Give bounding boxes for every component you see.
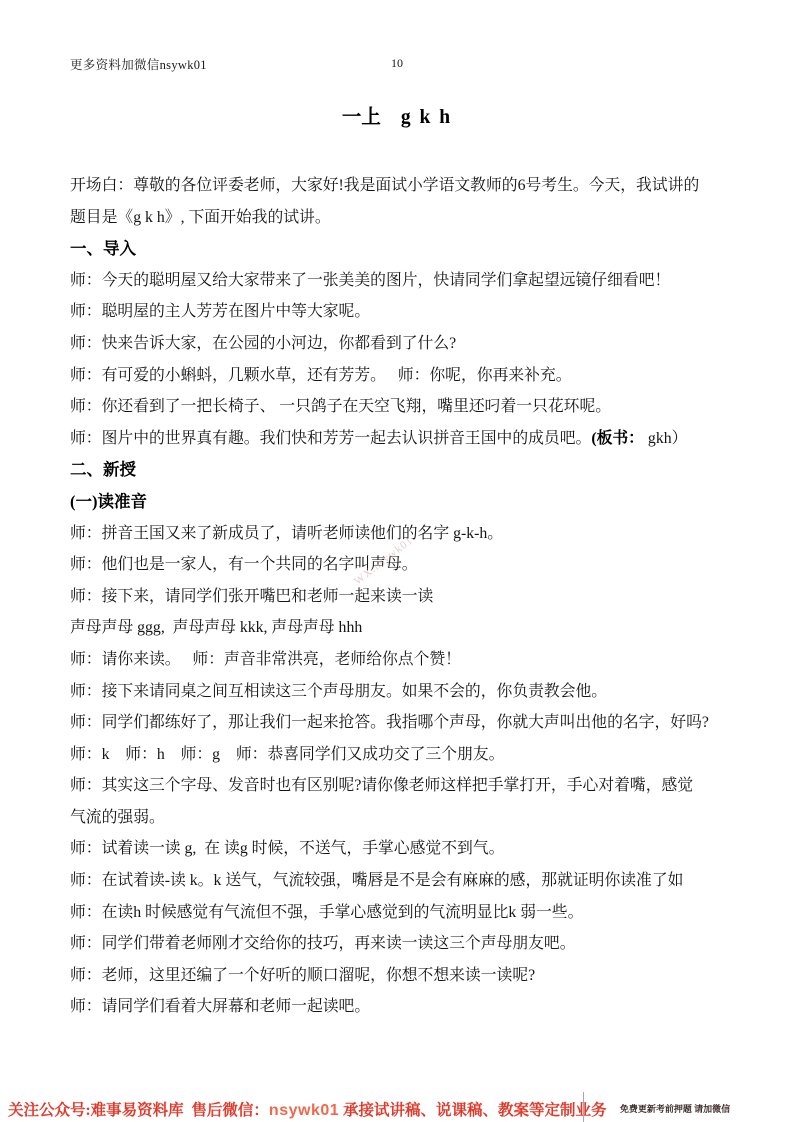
script-line: 师：其实这三个字母、发音时也有区别呢?请你像老师这样把手掌打开，手心对着嘴，感觉 bbox=[70, 770, 724, 802]
document-title: 一上g k h bbox=[0, 101, 794, 129]
section-heading-intro: 一、导入 bbox=[70, 233, 724, 265]
footer-promo-text: 关注公众号:难事易资料库 售后微信：nsywk01 承接试讲稿、说课稿、教案等定… bbox=[8, 1098, 607, 1120]
footer-wechat-id: nsywk01 bbox=[269, 1102, 339, 1119]
script-line: 师：聪明屋的主人芳芳在图片中等大家呢。 bbox=[70, 296, 724, 328]
section-heading-new-lesson: 二、新授 bbox=[70, 454, 724, 486]
script-line: 师：接下来，请同学们张开嘴巴和老师一起来读一读 bbox=[70, 581, 724, 613]
footer-promo-part1: 关注公众号:难事易资料库 售后微信： bbox=[8, 1102, 269, 1119]
script-line-board-note: 师：图片中的世界真有趣。我们快和芳芳一起去认识拼音王国中的成员吧。(板书： gk… bbox=[70, 423, 724, 455]
script-line: 声母声母 ggg, 声母声母 kkk, 声母声母 hhh bbox=[70, 612, 724, 644]
script-line: 开场白：尊敬的各位评委老师，大家好!我是面试小学语文教师的6号考生。今天，我试讲… bbox=[70, 170, 724, 202]
footer-promo-part2: 承接试讲稿、说课稿、教案等定制业务 bbox=[339, 1102, 606, 1119]
board-note-letters: gkh） bbox=[644, 430, 687, 447]
script-line: 师：请你来读。 师：声音非常洪亮，老师给你点个赞！ bbox=[70, 644, 724, 676]
script-line: 师：同学们带着老师刚才交给你的技巧，再来读一读这三个声母朋友吧。 bbox=[70, 928, 724, 960]
script-line: 师：快来告诉大家，在公园的小河边，你都看到了什么? bbox=[70, 328, 724, 360]
script-line: 师：今天的聪明屋又给大家带来了一张美美的图片，快请同学们拿起望远镜仔细看吧！ bbox=[70, 265, 724, 297]
title-latin: g k h bbox=[401, 107, 452, 128]
document-page: 更多资料加微信nsywk01 10 一上g k h 开场白：尊敬的各位评委老师，… bbox=[0, 0, 794, 1122]
section-heading-pronunciation: (一)读准音 bbox=[70, 486, 724, 518]
page-number: 10 bbox=[70, 56, 724, 71]
script-line: 师：同学们都练好了，那让我们一起来抢答。我指哪个声母，你就大声叫出他的名字，好吗… bbox=[70, 707, 724, 739]
page-header: 更多资料加微信nsywk01 10 bbox=[70, 55, 724, 73]
script-line: 师：请同学们看着大屏幕和老师一起读吧。 bbox=[70, 991, 724, 1023]
board-note-label: (板书： bbox=[591, 430, 644, 447]
footer-update-note: 免费更新考前押题 请加微信 bbox=[600, 1102, 750, 1115]
script-line: 师：老师，这里还编了一个好听的顺口溜呢，你想不想来读一读呢? bbox=[70, 960, 724, 992]
script-line: 气流的强弱。 bbox=[70, 802, 724, 834]
script-line: 师：k 师：h 师：g 师：恭喜同学们又成功交了三个朋友。 bbox=[70, 739, 724, 771]
script-line: 师：拼音王国又来了新成员了，请听老师读他们的名字 g-k-h。 bbox=[70, 518, 724, 550]
script-body: 开场白：尊敬的各位评委老师，大家好!我是面试小学语文教师的6号考生。今天，我试讲… bbox=[70, 170, 724, 1023]
script-line: 题目是《g k h》, 下面开始我的试讲。 bbox=[70, 202, 724, 234]
footer-divider-line bbox=[583, 1092, 584, 1122]
script-line: 师：有可爱的小蝌蚪，几颗水草，还有芳芳。 师：你呢，你再来补充。 bbox=[70, 360, 724, 392]
title-cn: 一上 bbox=[342, 107, 381, 128]
script-line: 师：在试着读-读 k。k 送气，气流较强，嘴唇是不是会有麻麻的感，那就证明你读准… bbox=[70, 865, 724, 897]
script-text: 师：图片中的世界真有趣。我们快和芳芳一起去认识拼音王国中的成员吧。 bbox=[70, 430, 591, 447]
script-line: 师：接下来请同桌之间互相读这三个声母朋友。如果不会的，你负责教会他。 bbox=[70, 676, 724, 708]
script-line: 师：在读h 时候感觉有气流但不强，手掌心感觉到的气流明显比k 弱一些。 bbox=[70, 897, 724, 929]
script-line: 师：试着读一读 g, 在 读g 时候，不送气，手掌心感觉不到气。 bbox=[70, 833, 724, 865]
script-line: 师：他们也是一家人，有一个共同的名字叫声母。 bbox=[70, 549, 724, 581]
page-footer: 关注公众号:难事易资料库 售后微信：nsywk01 承接试讲稿、说课稿、教案等定… bbox=[0, 1092, 794, 1122]
script-line: 师：你还看到了一把长椅子、 一只鸽子在天空飞翔，嘴里还叼着一只花环呢。 bbox=[70, 391, 724, 423]
